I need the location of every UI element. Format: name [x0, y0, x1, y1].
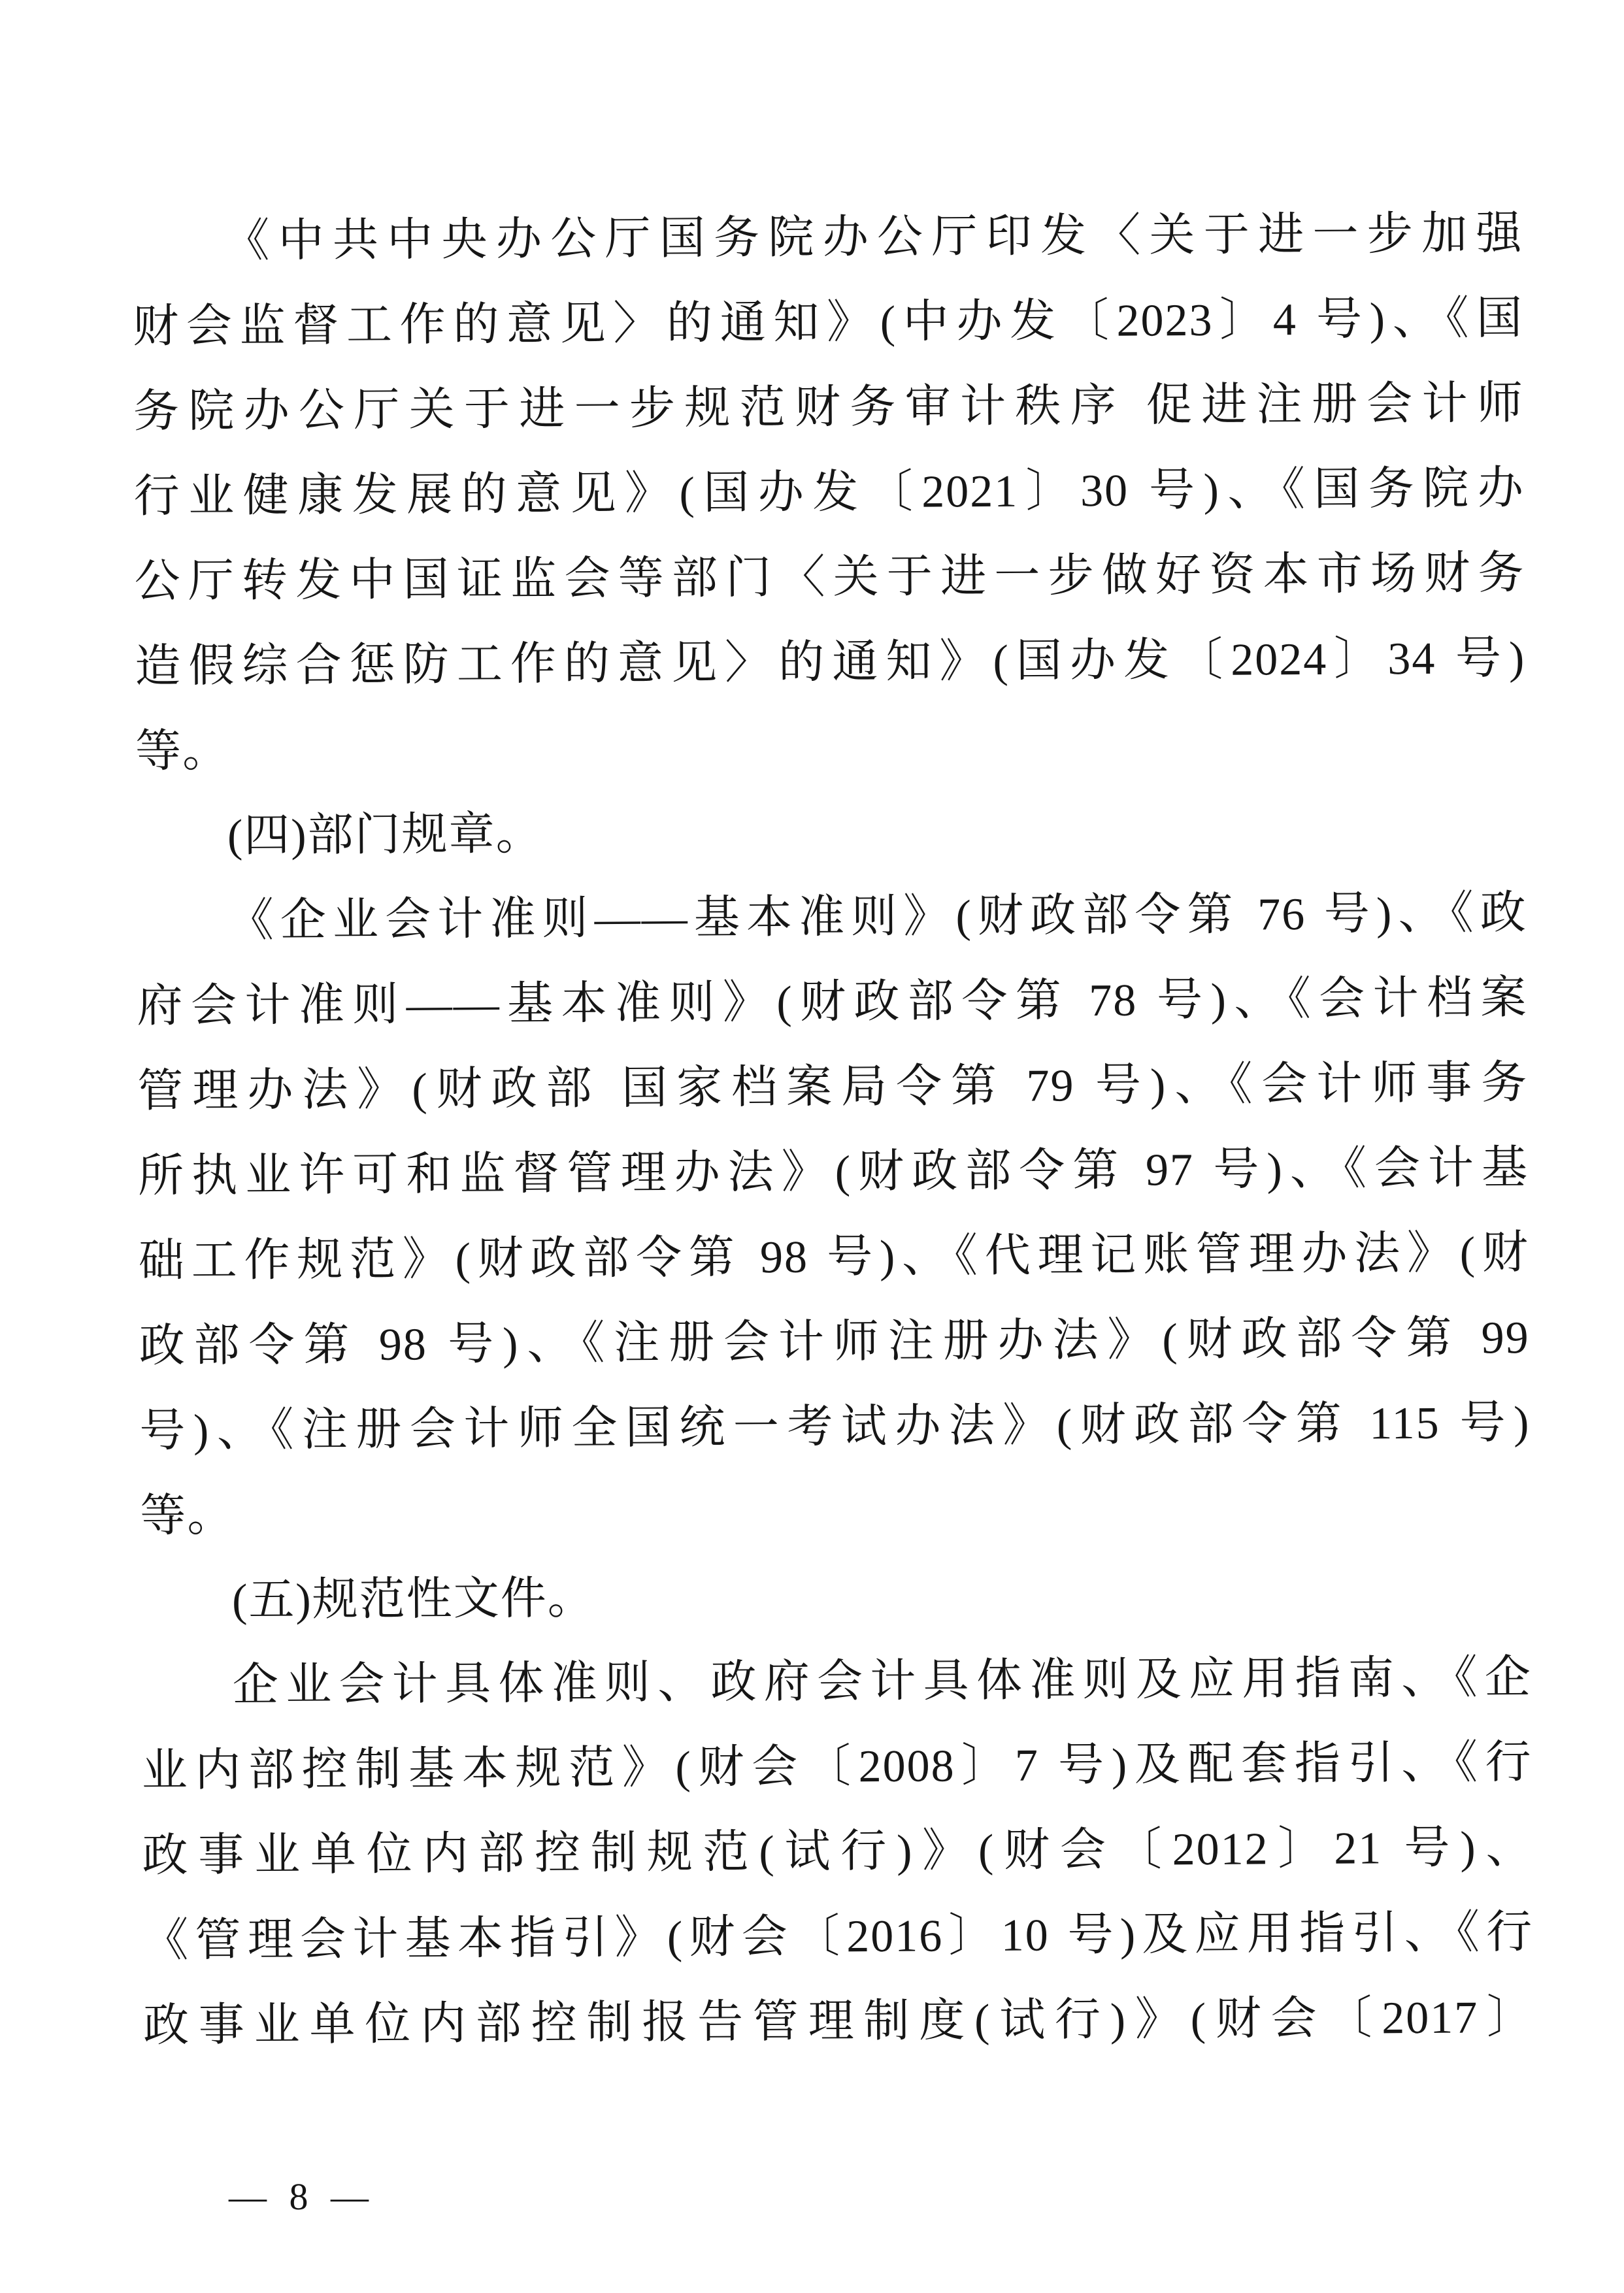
text-line: 政事业单位内部控制规范(试行)》(财会〔2012〕21 号)、: [142, 1806, 1533, 1899]
text-line: 号)、《注册会计师全国统一考试办法》(财政部令第 115 号): [139, 1381, 1531, 1474]
text-line: 等。: [140, 1466, 1531, 1559]
text-line: 所执业许可和监督管理办法》(财政部令第 97 号)、《会计基: [138, 1126, 1529, 1219]
text-line: 业内部控制基本规范》(财会〔2008〕7 号)及配套指引、《行: [141, 1721, 1533, 1814]
text-line: 企业会计具体准则、政府会计具体准则及应用指南、《企: [141, 1636, 1533, 1729]
scanned-document-page: 《中共中央办公厅国务院办公厅印发〈关于进一步加强 财会监督工作的意见〉的通知》(…: [0, 0, 1624, 2293]
text-line: 务院办公厅关于进一步规范财务审计秩序 促进注册会计师: [133, 361, 1525, 455]
text-line: 财会监督工作的意见〉的通知》(中办发〔2023〕4 号)、《国: [133, 276, 1524, 370]
section-heading: (四)部门规章。: [136, 786, 1527, 880]
text-line: 础工作规范》(财政部令第 98 号)、《代理记账管理办法》(财: [139, 1211, 1530, 1304]
text-line: 政事业单位内部控制报告管理制度(试行)》(财会〔2017〕: [143, 1975, 1534, 2069]
text-line: 政部令第 98 号)、《注册会计师注册办法》(财政部令第 99: [139, 1296, 1530, 1389]
text-line: 府会计准则——基本准则》(财政部令第 78 号)、《会计档案: [137, 956, 1528, 1049]
text-line: 等。: [135, 701, 1527, 795]
text-line: 管理办法》(财政部 国家档案局令第 79 号)、《会计师事务: [137, 1041, 1529, 1134]
section-heading: (五)规范性文件。: [141, 1551, 1532, 1644]
text-line: 《管理会计基本指引》(财会〔2016〕10 号)及应用指引、《行: [142, 1890, 1534, 1984]
text-line: 《中共中央办公厅国务院办公厅印发〈关于进一步加强: [132, 191, 1523, 285]
page-number: — 8 —: [229, 2171, 375, 2223]
text-line: 公厅转发中国证监会等部门〈关于进一步做好资本市场财务: [134, 531, 1525, 625]
text-line: 造假综合惩防工作的意见〉的通知》(国办发〔2024〕34 号): [135, 616, 1526, 710]
text-line: 《企业会计准则——基本准则》(财政部令第 76 号)、《政: [136, 871, 1527, 965]
text-line: 行业健康发展的意见》(国办发〔2021〕30 号)、《国务院办: [133, 446, 1525, 540]
document-body: 《中共中央办公厅国务院办公厅印发〈关于进一步加强 财会监督工作的意见〉的通知》(…: [132, 191, 1534, 2069]
